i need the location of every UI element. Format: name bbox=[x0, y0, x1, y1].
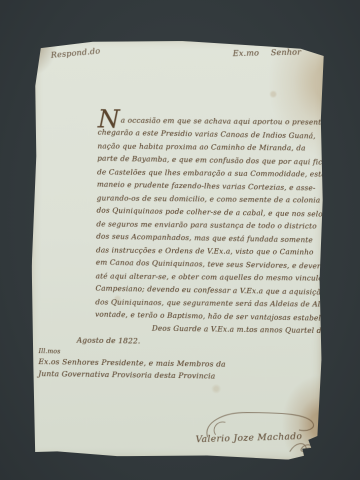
addressee-line: Junta Governativa Provisoria desta Provi… bbox=[38, 368, 225, 383]
salutation: Ex.mo Senhor bbox=[233, 48, 302, 58]
signature-paraph-icon bbox=[288, 439, 318, 454]
docket-note: Respond.do bbox=[50, 46, 100, 59]
addressee-block: Ill.mos Ex.os Senhores Presidente, e mai… bbox=[38, 348, 226, 383]
closing-line: Deos Guarde a V.Ex.a m.tos annos Quartel… bbox=[152, 322, 317, 337]
letter-body: Na occasião em que se achava aqui aporto… bbox=[95, 113, 320, 324]
photo-background: { "photo": { "background_color": "#353c3… bbox=[0, 0, 360, 480]
signature-block: Valerio Joze Machado bbox=[195, 409, 326, 457]
letter-paper: Respond.do Ex.mo Senhor Na occasião em q… bbox=[27, 36, 327, 462]
letter-closing-block: Deos Guarde a V.Ex.a m.tos annos Quartel… bbox=[95, 321, 317, 350]
signature: Valerio Joze Machado bbox=[195, 432, 302, 445]
